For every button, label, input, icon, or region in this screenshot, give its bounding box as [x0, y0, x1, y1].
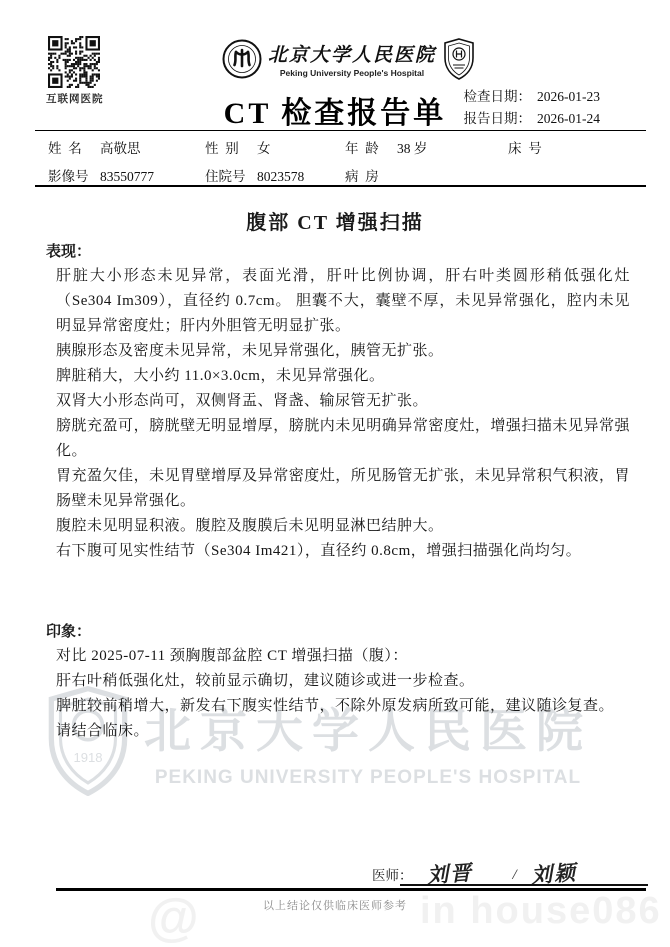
qr-code-icon — [48, 36, 100, 88]
report-paragraph: 请结合临床。 — [56, 719, 630, 744]
hospital-shield-icon — [442, 38, 476, 80]
patient-age-value: 38 岁 — [397, 137, 427, 157]
patient-age-label: 年 龄 — [345, 137, 397, 157]
hospital-logo-group: 北京大学人民医院 Peking University People's Hosp… — [222, 38, 476, 80]
patient-bed-cell: 床 号 — [508, 137, 640, 157]
patient-ward-label: 病 房 — [345, 165, 397, 185]
patient-ward-cell: 病 房 — [345, 165, 508, 185]
report-paragraph: 双肾大小形态尚可，双侧肾盂、肾盏、输尿管无扩张。 — [56, 389, 630, 414]
report-paragraph: 脾脏较前稍增大，新发右下腹实性结节，不除外原发病所致可能，建议随诊复查。 — [56, 694, 630, 719]
patient-admissionno-cell: 住院号 8023578 — [205, 165, 345, 185]
report-paragraph: 右下腹可见实性结节（Se304 Im421），直径约 0.8cm，增强扫描强化尚… — [56, 539, 630, 564]
impression-label: 印象： — [46, 620, 630, 641]
patient-name-value: 高敬思 — [100, 137, 141, 157]
patient-gender-cell: 性 别 女 — [205, 137, 345, 157]
findings-label: 表现： — [46, 240, 630, 261]
signature-line — [400, 884, 648, 886]
exam-date-row: 检查日期： 2026-01-23 — [464, 86, 601, 108]
hospital-name-block: 北京大学人民医院 Peking University People's Hosp… — [268, 40, 436, 78]
signature-separator: / — [513, 867, 517, 884]
hospital-name-en: Peking University People's Hospital — [268, 68, 436, 78]
patient-empty-cell — [508, 165, 640, 185]
exam-title: 腹部 CT 增强扫描 — [0, 206, 670, 235]
patient-gender-value: 女 — [257, 137, 271, 157]
report-paragraph: 肝脏大小形态未见异常，表面光滑，肝叶比例协调，肝右叶类圆形稍低强化灶（Se304… — [56, 264, 630, 339]
findings-paragraphs: 肝脏大小形态未见异常，表面光滑，肝叶比例协调，肝右叶类圆形稍低强化灶（Se304… — [46, 264, 630, 564]
qr-block: 互联网医院 — [46, 36, 102, 106]
impression-section: 印象： 对比 2025-07-11 颈胸腹部盆腔 CT 增强扫描（腹）：肝右叶稍… — [46, 620, 630, 744]
report-paragraph: 膀胱充盈可，膀胱壁无明显增厚，膀胱内未见明确异常密度灶，增强扫描未见异常强化。 — [56, 414, 630, 464]
patient-admissionno-value: 8023578 — [257, 169, 304, 185]
bottom-divider — [56, 888, 646, 891]
patient-name-label: 姓 名 — [48, 137, 100, 157]
findings-section: 表现： 肝脏大小形态未见异常，表面光滑，肝叶比例协调，肝右叶类圆形稍低强化灶（S… — [46, 240, 630, 564]
patient-imageno-label: 影像号 — [48, 165, 100, 185]
impression-paragraphs: 对比 2025-07-11 颈胸腹部盆腔 CT 增强扫描（腹）：肝右叶稍低强化灶… — [46, 644, 630, 744]
report-content: 互联网医院 北京大学人民医院 Peking University Peopl — [0, 0, 670, 947]
report-dates: 检查日期： 2026-01-23 报告日期： 2026-01-24 — [464, 86, 601, 130]
exam-date-value: 2026-01-23 — [537, 86, 600, 108]
report-paragraph: 肝右叶稍低强化灶，较前显示确切，建议随诊或进一步检查。 — [56, 669, 630, 694]
report-date-value: 2026-01-24 — [537, 108, 600, 130]
patient-imageno-cell: 影像号 83550777 — [48, 165, 205, 185]
patient-name-cell: 姓 名 高敬思 — [48, 137, 205, 157]
report-paragraph: 腹腔未见明显积液。腹腔及腹膜后未见明显淋巴结肿大。 — [56, 514, 630, 539]
patient-age-cell: 年 龄 38 岁 — [345, 137, 508, 157]
report-date-row: 报告日期： 2026-01-24 — [464, 108, 601, 130]
exam-date-label: 检查日期： — [464, 86, 532, 108]
report-paragraph: 对比 2025-07-11 颈胸腹部盆腔 CT 增强扫描（腹）： — [56, 644, 630, 669]
report-paragraph: 胃充盈欠佳，未见胃壁增厚及异常密度灶，所见肠管无扩张，未见异常积气积液，胃肠壁未… — [56, 464, 630, 514]
header-divider — [35, 130, 646, 131]
qr-label: 互联网医院 — [46, 91, 102, 106]
patient-bed-label: 床 号 — [508, 137, 560, 157]
footer-note: 以上结论仅供临床医师参考 — [0, 897, 670, 913]
report-paragraph: 胰腺形态及密度未见异常，未见异常强化，胰管无扩张。 — [56, 339, 630, 364]
report-title: CT 检查报告单 — [160, 88, 510, 132]
patient-gender-label: 性 别 — [205, 137, 257, 157]
ct-report-page: 1918 北京大学人民医院 PEKING UNIVERSITY PEOPLE'S… — [0, 0, 670, 947]
patient-divider — [35, 185, 646, 187]
patient-info: 姓 名 高敬思 性 别 女 年 龄 38 岁 床 号 影像号 83550777 … — [48, 137, 640, 185]
patient-imageno-value: 83550777 — [100, 169, 154, 185]
report-paragraph: 脾脏稍大，大小约 11.0×3.0cm，未见异常强化。 — [56, 364, 630, 389]
hospital-name-cn: 北京大学人民医院 — [268, 40, 436, 67]
report-date-label: 报告日期： — [464, 108, 532, 130]
pku-seal-icon — [222, 39, 262, 79]
patient-admissionno-label: 住院号 — [205, 165, 257, 185]
